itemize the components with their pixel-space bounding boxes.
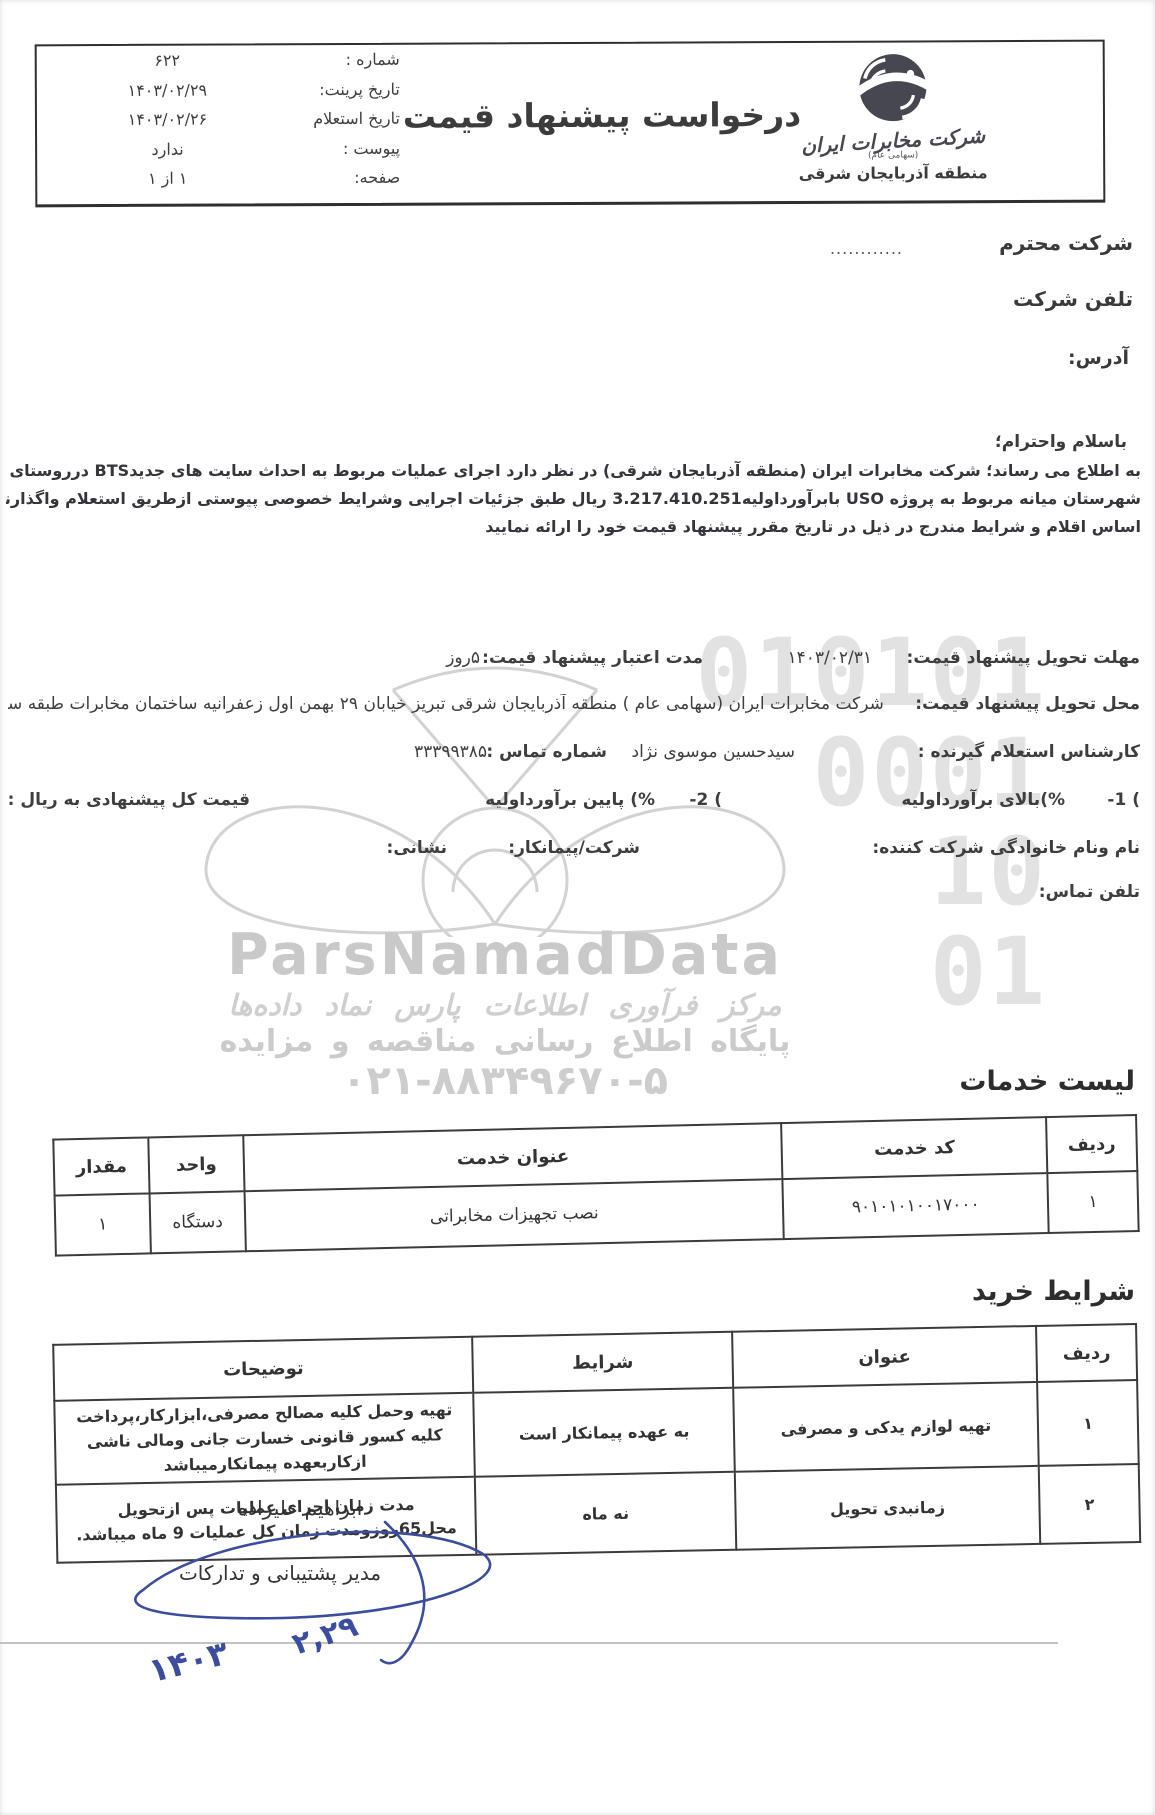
contact-phone-label: تلفن تماس:	[1039, 882, 1140, 902]
meta-label-inquiry-date: تاریخ استعلام	[250, 109, 400, 139]
watermark-phone: ۰۲۱-۸۸۳۴۹۶۷۰-۵	[0, 1058, 1010, 1104]
services-heading: لیست خدمات	[959, 1066, 1135, 1097]
meta-label-attachment: پیوست :	[250, 138, 400, 168]
col-row-number: ردیف	[1036, 1324, 1137, 1382]
contractor-label: شرکت/پیمانکار:	[508, 838, 640, 858]
cell-row-number: ۲	[1039, 1464, 1140, 1544]
below-estimate-label: %) پایین برآورداولیه	[485, 790, 655, 810]
above-estimate-prefix: -1 (	[1107, 790, 1140, 810]
participant-name-label: نام ونام خانوادگی شرکت کننده:	[872, 838, 1140, 858]
meta-value-attachment: ندارد	[85, 139, 250, 169]
watermark-brand: ParsNamadData	[0, 922, 1010, 988]
cell-service-title: نصب تجهیزات مخابراتی	[244, 1179, 784, 1251]
body-line-3: اساس اقلام و شرایط مندرج در ذیل در تاریخ…	[6, 517, 1141, 536]
addressee-phone-label: تلفن شرکت	[1013, 287, 1133, 311]
validity-label: مدت اعتبار پیشنهاد قیمت:	[482, 648, 703, 668]
cell-quantity: ۱	[55, 1193, 151, 1255]
delivery-place-value: شرکت مخابرات ایران (سهامی عام ) منطقه آذ…	[8, 694, 884, 714]
cell-term-title: زمانبدی تحویل	[735, 1466, 1041, 1550]
company-logo-block: شرکت مخابرات ایران (سهامی عام) منطقه آذر…	[773, 46, 1014, 183]
col-quantity: مقدار	[53, 1137, 149, 1195]
col-unit: واحد	[148, 1135, 244, 1193]
addressee-address-label: آدرس:	[1068, 347, 1129, 369]
col-row-number: ردیف	[1046, 1115, 1137, 1173]
meta-label-number: شماره :	[250, 50, 400, 80]
cell-row-number: ۱	[1037, 1380, 1138, 1466]
above-estimate-label: %)بالای برآورداولیه	[901, 790, 1065, 810]
contact-label: شماره تماس :	[486, 742, 607, 762]
company-region: منطقه آذربایجان شرقی	[773, 163, 1013, 183]
col-service-code: کد خدمت	[782, 1117, 1048, 1179]
meta-value-page: ۱ از ۱	[85, 168, 250, 198]
meta-label-page: صفحه:	[250, 168, 400, 198]
purchase-terms-heading: شرایط خرید	[972, 1276, 1135, 1307]
cell-row-number: ۱	[1047, 1171, 1138, 1233]
col-term-title: عنوان	[732, 1326, 1037, 1388]
meta-label-print-date: تاریخ پرینت:	[250, 79, 400, 109]
parsnamad-flower-icon	[150, 632, 840, 937]
addressee-company-blank: ............	[830, 239, 903, 258]
document-title: درخواست پیشنهاد قیمت	[382, 95, 822, 136]
meta-fields: شماره : ۶۲۲ تاریخ پرینت: ۱۴۰۳/۰۲/۲۹ تاری…	[85, 50, 401, 199]
meta-value-number: ۶۲۲	[85, 50, 250, 80]
meta-value-print-date: ۱۴۰۳/۰۲/۲۹	[85, 80, 250, 110]
deadline-label: مهلت تحویل پیشنهاد قیمت:	[907, 648, 1140, 668]
col-term-condition: شرایط	[473, 1332, 733, 1393]
expert-label: کارشناس استعلام گیرنده :	[918, 742, 1140, 762]
address2-label: نشانی:	[387, 838, 447, 858]
header-meta-box: شماره : ۶۲۲ تاریخ پرینت: ۱۴۰۳/۰۲/۲۹ تاری…	[35, 40, 1106, 208]
addressee-company-label: شرکت محترم	[999, 231, 1133, 255]
cell-term-title: تهیه لوازم یدکی و مصرفی	[733, 1382, 1039, 1472]
cell-service-code: ۹۰۱۰۱۰۱۰۰۱۷۰۰۰	[783, 1173, 1049, 1239]
delivery-place-label: محل تحویل پیشنهاد قیمت:	[915, 694, 1140, 714]
salutation: باسلام واحترام؛	[995, 432, 1127, 452]
scanned-document-page: 010101 0001 10 01 ParsNamadData مرکز فرآ…	[0, 0, 1155, 1815]
watermark-persian-line2: پایگاه اطلاع رسانی مناقصه و مزایده	[0, 1024, 1010, 1059]
services-table: ردیف کد خدمت عنوان خدمت واحد مقدار ۱ ۹۰۱…	[52, 1114, 1139, 1257]
meta-value-inquiry-date: ۱۴۰۳/۰۲/۲۶	[85, 109, 250, 139]
contact-value: ۳۳۳۹۹۳۸۵	[414, 742, 487, 762]
validity-value: ۵روز	[446, 648, 480, 668]
expert-value: سیدحسین موسوی نژاد	[632, 742, 795, 762]
delivery-place-row: محل تحویل پیشنهاد قیمت: شرکت مخابرات ایر…	[8, 694, 1140, 714]
cell-unit: دستگاه	[150, 1191, 246, 1253]
total-price-label: قیمت کل پیشنهادی به ریال :	[8, 790, 250, 810]
body-line-1: به اطلاع می رساند؛ شرکت مخابرات ایران (م…	[6, 461, 1141, 480]
cell-term-condition: به عهده پیمانکار است	[474, 1388, 735, 1477]
below-estimate-prefix: -2 (	[689, 790, 722, 810]
cell-term-description: تهیه وحمل کلیه مصالح مصرفی،ابزارکار،پردا…	[54, 1393, 475, 1485]
watermark-persian-line1: مرکز فرآوری اطلاعات پارس نماد داده‌ها	[0, 988, 1010, 1022]
col-term-description: توضیحات	[53, 1337, 473, 1401]
body-line-2: شهرستان میانه مربوط به پروژه USO بابرآور…	[6, 489, 1141, 508]
tci-globe-logo-icon	[846, 48, 940, 128]
deadline-value: ۱۴۰۳/۰۲/۳۱	[787, 648, 872, 668]
